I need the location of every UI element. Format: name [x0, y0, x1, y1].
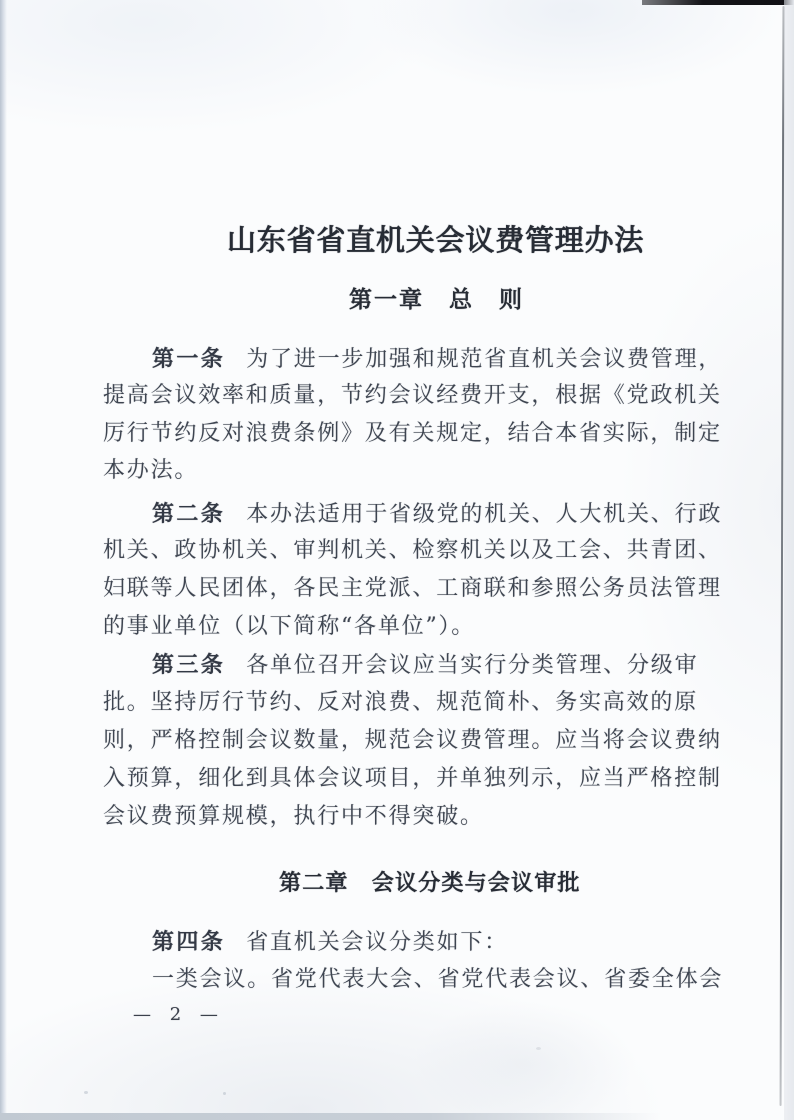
article-1-line-2: 提高会议效率和质量，节约会议经费开支，根据《党政机关	[103, 383, 722, 409]
article-1-text: 为了进一步加强和规范省直机关会议费管理，	[246, 347, 722, 372]
article-4-label: 第四条	[152, 929, 225, 955]
article-2-label: 第二条	[152, 501, 225, 527]
page-number: — 2 —	[133, 1003, 221, 1027]
article-2-line-4: 的事业单位（以下简称“各单位”）。	[103, 614, 475, 640]
scan-speck	[223, 1092, 226, 1095]
chapter-1-heading: 第一章 总 则	[349, 286, 524, 313]
scanned-document-page: { "colors":{ "paper":"#fbfcfd", "ink":"#…	[0, 0, 794, 1120]
article-3-line-1: 第三条各单位召开会议应当实行分类管理、分级审	[152, 652, 698, 679]
article-2-line-1: 第二条本办法适用于省级党的机关、人大机关、行政	[152, 501, 722, 528]
document-title: 山东省省直机关会议费管理办法	[227, 223, 644, 258]
article-2-line-3: 妇联等人民团体，各民主党派、工商联和参照公务员法管理	[103, 576, 722, 602]
article-1-line-4: 本办法。	[103, 458, 198, 484]
article-3-label: 第三条	[152, 652, 225, 678]
scan-left-edge	[0, 0, 7, 1120]
article-1-label: 第一条	[152, 346, 225, 372]
article-4-line-1: 第四条省直机关会议分类如下：	[152, 929, 508, 956]
article-4-line-2: 一类会议。省党代表大会、省党代表会议、省委全体会	[152, 967, 723, 993]
scan-right-margin-shade	[784, 0, 794, 1120]
scan-bottom-strip	[0, 1113, 660, 1120]
scan-speck	[536, 1047, 541, 1050]
article-1-line-1: 第一条为了进一步加强和规范省直机关会议费管理，	[152, 346, 722, 373]
article-3-line-2: 批。坚持厉行节约、反对浪费、规范简朴、务实高效的原	[103, 690, 698, 716]
scan-speck	[84, 1091, 88, 1094]
article-2-text: 本办法适用于省级党的机关、人大机关、行政	[246, 502, 722, 527]
article-3-text: 各单位召开会议应当实行分类管理、分级审	[246, 653, 698, 678]
article-3-line-4: 入预算，细化到具体会议项目，并单独列示，应当严格控制	[103, 766, 722, 792]
article-4-text: 省直机关会议分类如下：	[246, 930, 508, 955]
article-1-line-3: 厉行节约反对浪费条例》及有关规定，结合本省实际，制定	[103, 421, 722, 447]
article-3-line-5: 会议费预算规模，执行中不得突破。	[103, 804, 484, 830]
chapter-2-heading: 第二章 会议分类与会议审批	[279, 870, 581, 896]
article-2-line-2: 机关、政协机关、审判机关、检察机关以及工会、共青团、	[103, 538, 722, 564]
scan-top-right-strip	[642, 0, 794, 5]
article-3-line-3: 则，严格控制会议数量，规范会议费管理。应当将会议费纳	[103, 728, 722, 754]
